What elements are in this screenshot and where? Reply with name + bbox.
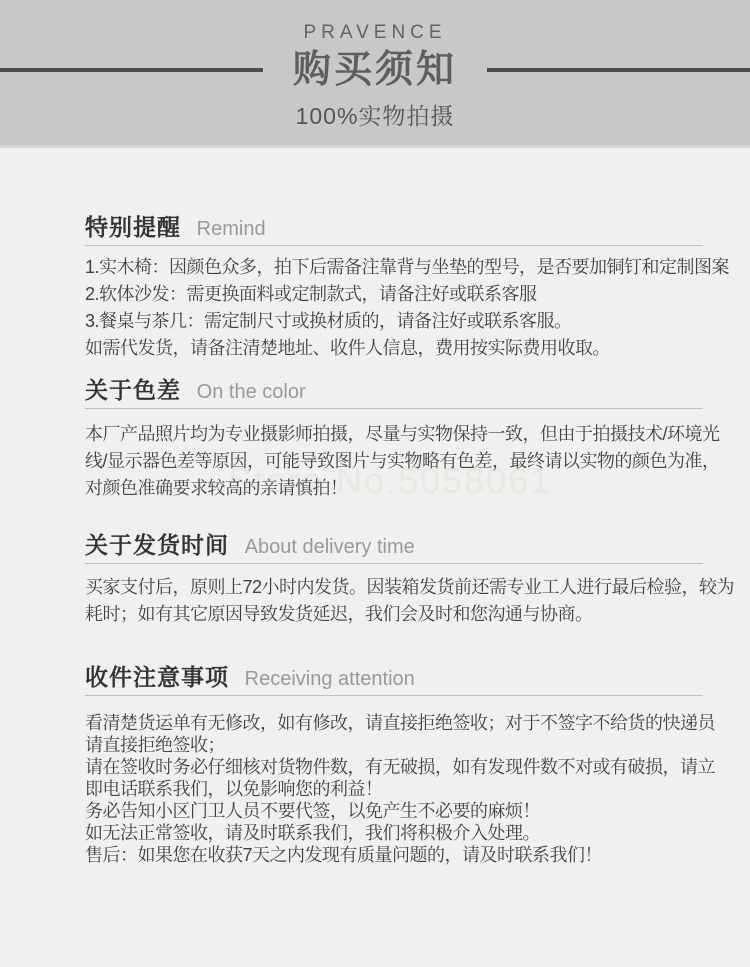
section-title-zh: 关于发货时间 — [85, 532, 229, 558]
section-body: 1.实木椅：因颜色众多，拍下后需备注靠背与坐垫的型号，是否要加铜钉和定制图案2.… — [85, 254, 703, 362]
text-line: 1.实木椅：因颜色众多，拍下后需备注靠背与坐垫的型号，是否要加铜钉和定制图案 — [85, 254, 703, 281]
section-body: 看清楚货运单有无修改，如有修改，请直接拒绝签收；对于不签字不给货的快递员请直接拒… — [85, 712, 703, 866]
text-line: 请在签收时务必仔细核对货物件数，有无破损，如有发现件数不对或有破损，请立 — [85, 756, 703, 778]
notice-section: 特别提醒 Remind 1.实木椅：因颜色众多，拍下后需备注靠背与坐垫的型号，是… — [85, 214, 703, 362]
text-line: 本厂产品照片均为专业摄影师拍摄，尽量与实物保持一致，但由于拍摄技术/环境光 — [85, 421, 703, 448]
notice-section: 关于色差 On the color 本厂产品照片均为专业摄影师拍摄，尽量与实物保… — [85, 377, 703, 502]
title-left-rule — [0, 68, 263, 72]
section-title-en: About delivery time — [245, 536, 415, 558]
text-line: 请直接拒绝签收； — [85, 734, 703, 756]
text-line: 务必告知小区门卫人员不要代签，以免产生不必要的麻烦！ — [85, 800, 703, 822]
purchase-notice-page: PRAVENCE 购买须知 100%实物拍摄 Store No.5058061 … — [0, 0, 750, 967]
text-line: 耗时；如有其它原因导致发货延迟，我们会及时和您沟通与协商。 — [85, 601, 703, 628]
section-title-zh: 收件注意事项 — [85, 664, 229, 690]
section-body: 本厂产品照片均为专业摄影师拍摄，尽量与实物保持一致，但由于拍摄技术/环境光线/显… — [85, 421, 703, 502]
text-line: 线/显示器色差等原因，可能导致图片与实物略有色差，最终请以实物的颜色为准， — [85, 448, 703, 475]
header-subtitle: 100%实物拍摄 — [0, 98, 750, 131]
page-title: 购买须知 — [293, 51, 457, 89]
title-row: 购买须知 — [0, 51, 750, 89]
section-heading: 关于色差 On the color — [85, 377, 703, 409]
text-line: 如需代发货，请备注清楚地址、收件人信息，费用按实际费用收取。 — [85, 335, 703, 362]
text-line: 即电话联系我们，以免影响您的利益！ — [85, 778, 703, 800]
header-banner: PRAVENCE 购买须知 100%实物拍摄 — [0, 0, 750, 148]
section-title-en: On the color — [197, 381, 306, 403]
title-right-rule — [487, 68, 750, 72]
text-line: 看清楚货运单有无修改，如有修改，请直接拒绝签收；对于不签字不给货的快递员 — [85, 712, 703, 734]
notice-section: 关于发货时间 About delivery time 买家支付后，原则上72小时… — [85, 532, 703, 628]
text-line: 对颜色准确要求较高的亲请慎拍！ — [85, 475, 703, 502]
section-heading: 关于发货时间 About delivery time — [85, 532, 703, 564]
text-line: 2.软体沙发：需更换面料或定制款式，请备注好或联系客服 — [85, 281, 703, 308]
section-title-zh: 特别提醒 — [85, 214, 181, 240]
section-heading: 特别提醒 Remind — [85, 214, 703, 246]
section-title-en: Remind — [197, 218, 266, 240]
section-heading: 收件注意事项 Receiving attention — [85, 664, 703, 696]
brand-name: PRAVENCE — [0, 0, 750, 44]
text-line: 3.餐桌与茶几：需定制尺寸或换材质的，请备注好或联系客服。 — [85, 308, 703, 335]
section-title-en: Receiving attention — [245, 668, 415, 690]
text-line: 如无法正常签收，请及时联系我们，我们将积极介入处理。 — [85, 822, 703, 844]
notice-body: Store No.5058061 特别提醒 Remind 1.实木椅：因颜色众多… — [0, 148, 750, 967]
text-line: 买家支付后，原则上72小时内发货。因装箱发货前还需专业工人进行最后检验，较为 — [85, 574, 703, 601]
text-line: 售后：如果您在收获7天之内发现有质量问题的，请及时联系我们！ — [85, 844, 703, 866]
notice-section: 收件注意事项 Receiving attention 看清楚货运单有无修改，如有… — [85, 664, 703, 866]
section-title-zh: 关于色差 — [85, 377, 181, 403]
section-body: 买家支付后，原则上72小时内发货。因装箱发货前还需专业工人进行最后检验，较为耗时… — [85, 574, 703, 628]
